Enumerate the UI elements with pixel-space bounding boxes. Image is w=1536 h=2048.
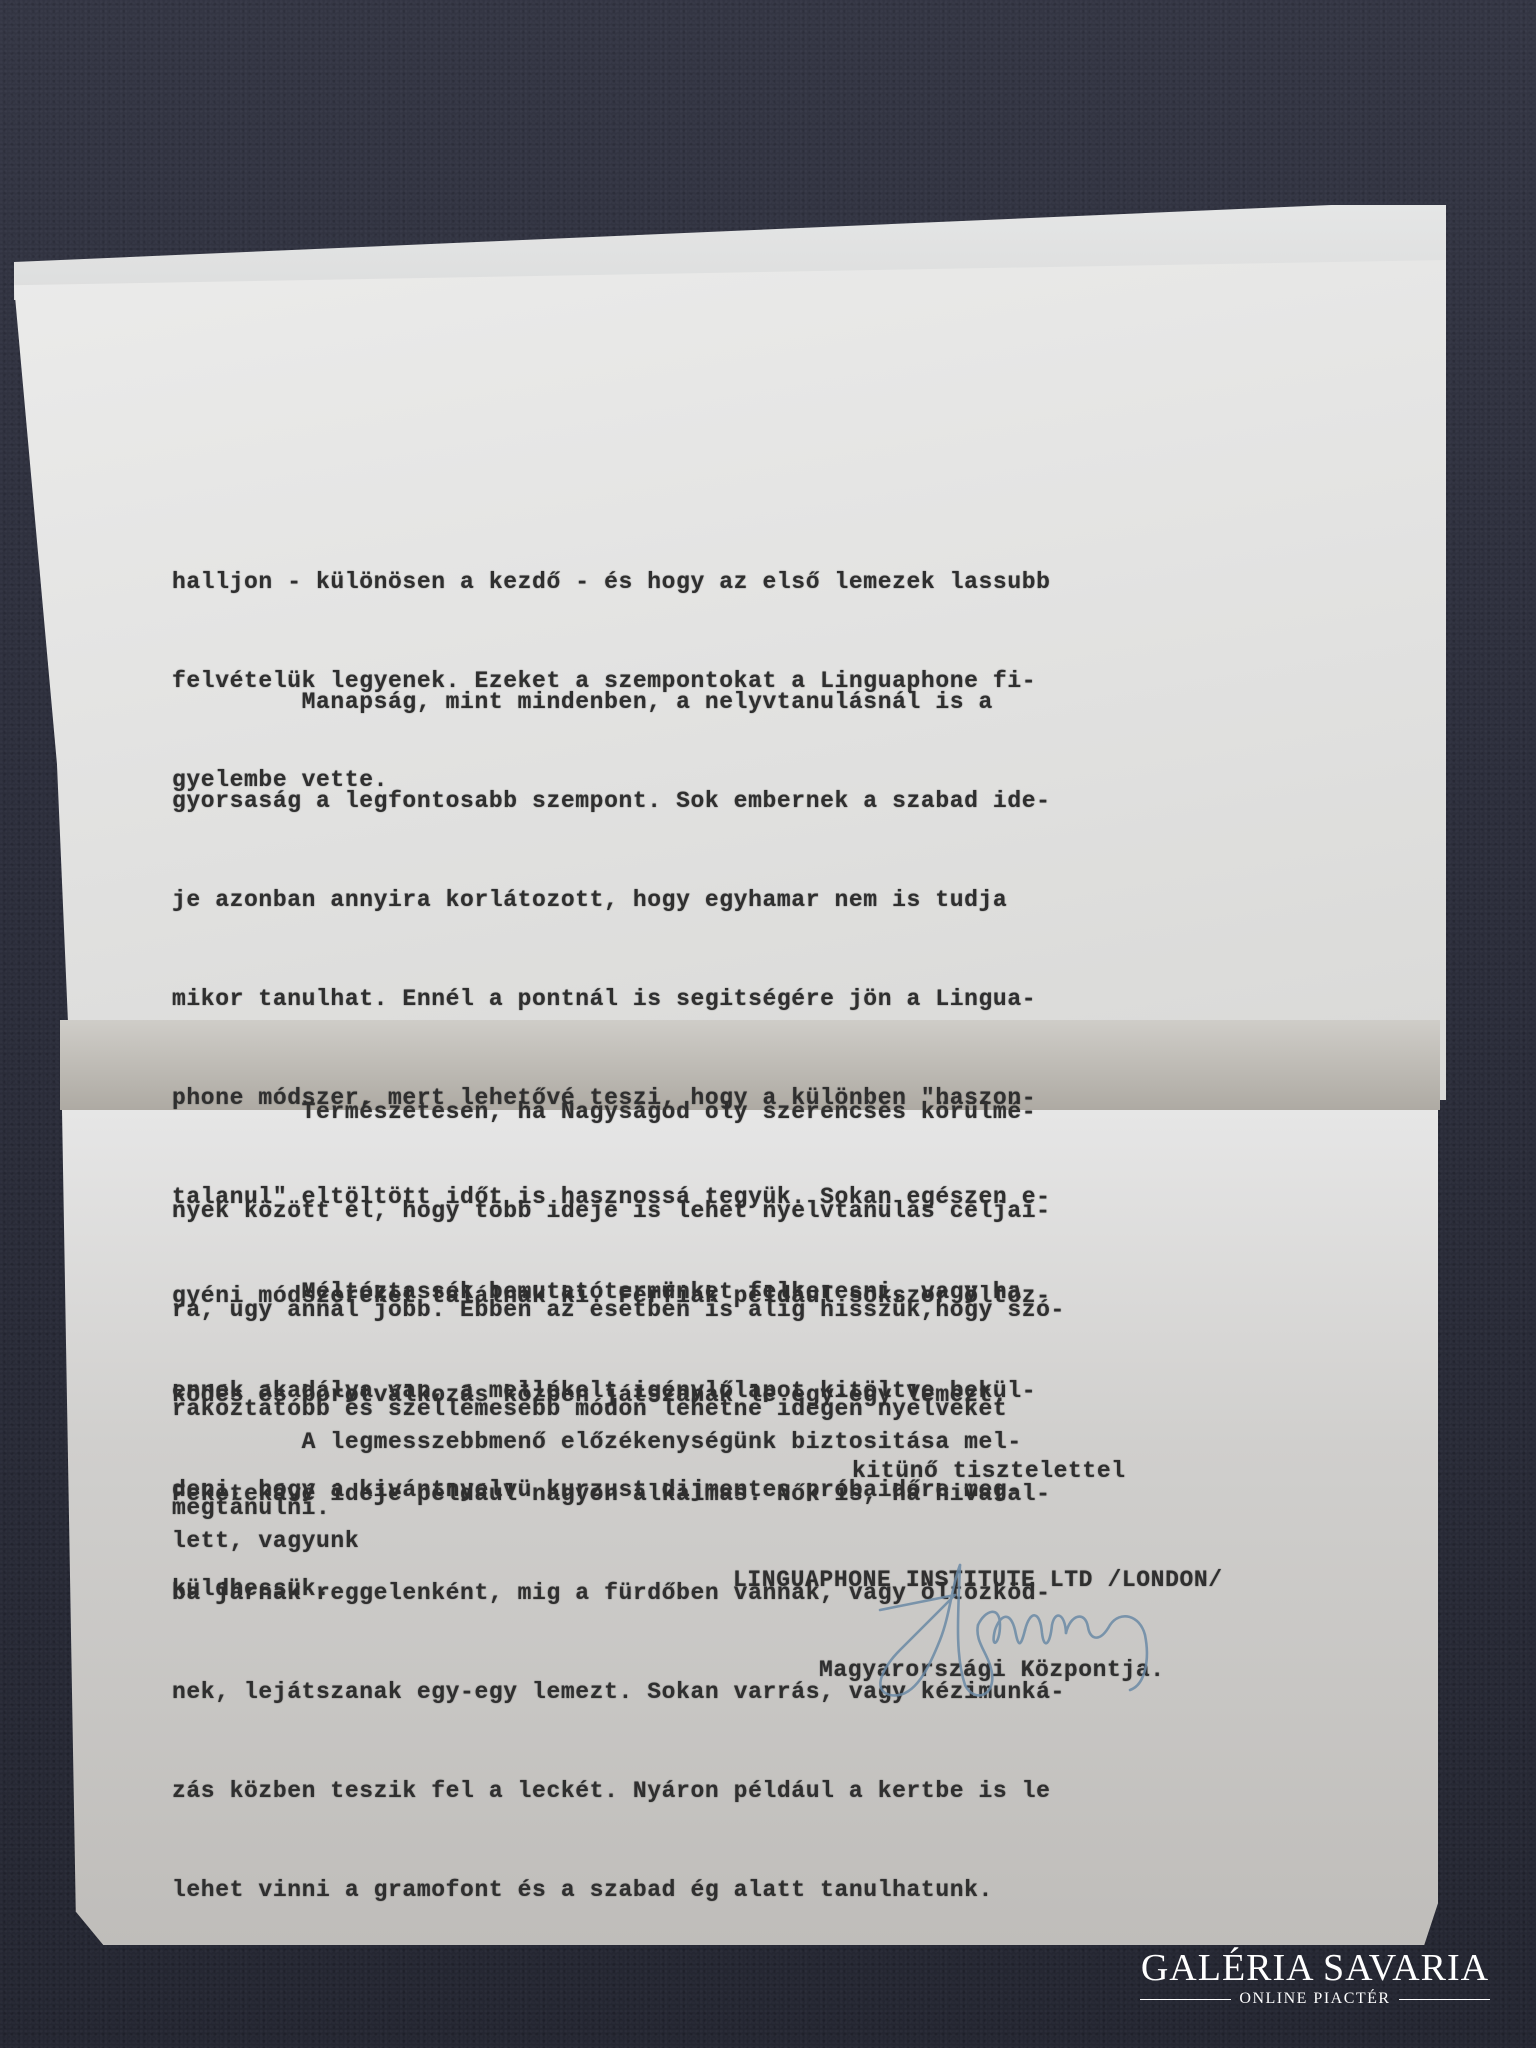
watermark-subtitle-row: ONLINE PIACTÉR: [1140, 1990, 1490, 2008]
text-line: Természetesen, ha Nagyságod oly szerencs…: [172, 1096, 1065, 1129]
watermark-logo: GALÉRIA SAVARIA ONLINE PIACTÉR: [1140, 1948, 1490, 2008]
text-line: gyorsaság a legfontosabb szempont. Sok e…: [172, 785, 1065, 818]
text-line: zás közben teszik fel a leckét. Nyáron p…: [172, 1775, 1065, 1808]
text-line: halljon - különösen a kezdő - és hogy az…: [172, 566, 1051, 599]
text-line: lehet vinni a gramofont és a szabad ég a…: [172, 1874, 1065, 1907]
handwritten-signature-icon: [860, 1555, 1220, 1715]
letter-closing: kitünő tisztelettel: [852, 1455, 1126, 1488]
text-line: mikor tanulhat. Ennél a pontnál is segit…: [172, 983, 1065, 1016]
watermark-brand: GALÉRIA SAVARIA: [1140, 1948, 1490, 1988]
divider: [1399, 1999, 1490, 2000]
watermark-subtitle: ONLINE PIACTÉR: [1239, 1990, 1390, 2008]
divider: [1140, 1999, 1231, 2000]
text-line: Méltóztassék bemutatótermünket felkeresn…: [172, 1276, 1036, 1309]
text-line: Manapság, mint mindenben, a nelyvtanulás…: [172, 686, 1065, 719]
text-line: je azonban annyira korlátozott, hogy egy…: [172, 884, 1065, 917]
